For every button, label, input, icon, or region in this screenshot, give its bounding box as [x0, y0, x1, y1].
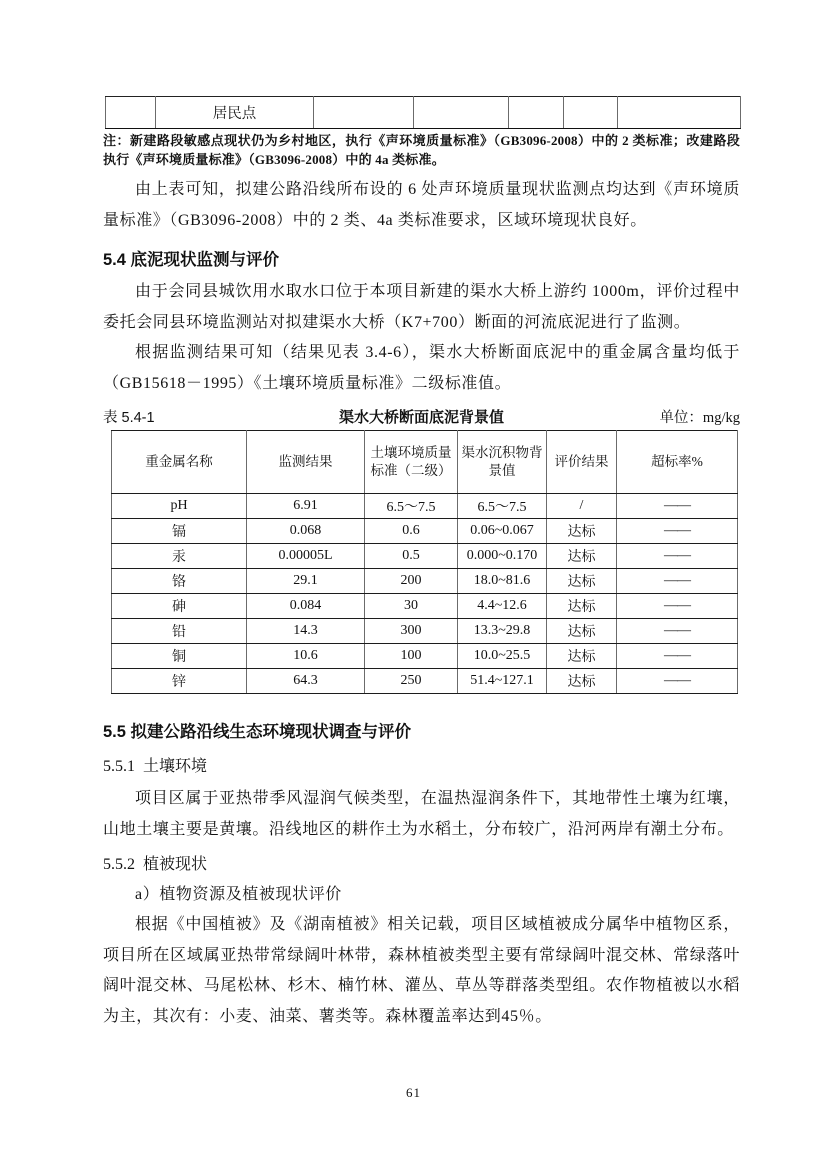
heading-5-5-2: 5.5.2 植被现状: [103, 854, 740, 876]
item-a-vegetation: a）植物资源及植被现状评价: [103, 879, 740, 910]
table-row-chromium: 铬 29.1 200 18.0~81.6 达标 ——: [112, 569, 738, 594]
table-cell: 29.1: [247, 569, 365, 594]
table-row-ph: pH 6.91 6.5～7.5 6.5～7.5 / ——: [112, 494, 738, 519]
paragraph-soil: 项目区属于亚热带季风湿润气候类型，在温热湿润条件下，其地带性土壤为红壤，山地土壤…: [103, 784, 740, 845]
table-cell: 100: [365, 644, 458, 669]
table-cell: 4.4~12.6: [458, 594, 547, 619]
paragraph-5-4-2: 根据监测结果可知（结果见表 3.4-6），渠水大桥断面底泥中的重金属含量均低于（…: [103, 338, 740, 399]
table-cell: [314, 97, 414, 129]
table-cell: 10.0~25.5: [458, 644, 547, 669]
table-cell: ——: [617, 569, 738, 594]
table-cell: 300: [365, 619, 458, 644]
table-row-copper: 铜 10.6 100 10.0~25.5 达标 ——: [112, 644, 738, 669]
table-cell: 6.5～7.5: [365, 494, 458, 519]
table-row-mercury: 汞 0.00005L 0.5 0.000~0.170 达标 ——: [112, 544, 738, 569]
table-cell: ——: [617, 494, 738, 519]
table-cell: 砷: [112, 594, 247, 619]
table-cell: 达标: [547, 644, 617, 669]
carryover-noise-table: 居民点: [105, 96, 741, 129]
column-header-metal-name: 重金属名称: [112, 431, 247, 494]
paragraph-noise-summary: 由上表可知，拟建公路沿线所布设的 6 处声环境质量现状监测点均达到《声环境质量标…: [103, 175, 740, 236]
table-cell: 达标: [547, 544, 617, 569]
table-title: 渠水大桥断面底泥背景值: [253, 406, 590, 427]
table-cell: 0.084: [247, 594, 365, 619]
table-cell: 13.3~29.8: [458, 619, 547, 644]
table-caption: 表 5.4-1 渠水大桥断面底泥背景值 单位：mg/kg: [103, 405, 740, 427]
table-row-lead: 铅 14.3 300 13.3~29.8 达标 ——: [112, 619, 738, 644]
heading-5-5-1: 5.5.1 土壤环境: [103, 756, 740, 778]
document-page: 居民点 注：新建路段敏感点现状仍为乡村地区，执行《声环境质量标准》（GB3096…: [0, 0, 827, 1169]
table-header-row: 重金属名称 监测结果 土壤环境质量标准（二级） 渠水沉积物背景值 评价结果 超标…: [112, 431, 738, 494]
table-cell: 铬: [112, 569, 247, 594]
table-cell: [106, 97, 156, 129]
table-cell: 18.0~81.6: [458, 569, 547, 594]
column-header-exceedance-rate: 超标率%: [617, 431, 738, 494]
table-cell: 0.00005L: [247, 544, 365, 569]
table-cell: [564, 97, 618, 129]
table-cell: 0.068: [247, 519, 365, 544]
table-cell: [414, 97, 509, 129]
table-cell: /: [547, 494, 617, 519]
paragraph-5-4-1: 由于会同县城饮用水取水口位于本项目新建的渠水大桥上游约 1000m，评价过程中委…: [103, 277, 740, 338]
table-cell: 铜: [112, 644, 247, 669]
column-header-monitoring-result: 监测结果: [247, 431, 365, 494]
column-header-soil-standard: 土壤环境质量标准（二级）: [365, 431, 458, 494]
table-cell: [509, 97, 564, 129]
table-cell-residential-point: 居民点: [156, 97, 314, 129]
sediment-background-table: 重金属名称 监测结果 土壤环境质量标准（二级） 渠水沉积物背景值 评价结果 超标…: [111, 430, 738, 694]
table-cell: 达标: [547, 594, 617, 619]
table-cell: [618, 97, 741, 129]
paragraph-vegetation: 根据《中国植被》及《湖南植被》相关记载，项目区域植被成分属华中植物区系，项目所在…: [103, 910, 740, 1032]
table-cell: ——: [617, 644, 738, 669]
column-header-background-value: 渠水沉积物背景值: [458, 431, 547, 494]
table-footnote: 注：新建路段敏感点现状仍为乡村地区，执行《声环境质量标准》（GB3096-200…: [103, 132, 740, 169]
heading-5-5: 5.5 拟建公路沿线生态环境现状调查与评价: [103, 721, 740, 743]
table-cell: 250: [365, 669, 458, 694]
table-cell: 0.5: [365, 544, 458, 569]
table-cell: 0.06~0.067: [458, 519, 547, 544]
table-cell: 达标: [547, 669, 617, 694]
table-cell: 0.000~0.170: [458, 544, 547, 569]
table-cell: 镉: [112, 519, 247, 544]
table-cell: ——: [617, 619, 738, 644]
table-cell: 10.6: [247, 644, 365, 669]
table-cell: 0.6: [365, 519, 458, 544]
table-row-cadmium: 镉 0.068 0.6 0.06~0.067 达标 ——: [112, 519, 738, 544]
table-cell: 200: [365, 569, 458, 594]
table-row-zinc: 锌 64.3 250 51.4~127.1 达标 ——: [112, 669, 738, 694]
table-cell: 30: [365, 594, 458, 619]
table-cell: ——: [617, 519, 738, 544]
table-cell: 6.91: [247, 494, 365, 519]
table-cell: 51.4~127.1: [458, 669, 547, 694]
table-row-arsenic: 砷 0.084 30 4.4~12.6 达标 ——: [112, 594, 738, 619]
page-number: 61: [0, 1085, 827, 1101]
table-cell: 锌: [112, 669, 247, 694]
table-row: 居民点: [106, 97, 741, 129]
column-header-evaluation: 评价结果: [547, 431, 617, 494]
table-label: 表 5.4-1: [103, 406, 253, 427]
table-cell: ——: [617, 594, 738, 619]
table-cell: ——: [617, 669, 738, 694]
table-cell: 达标: [547, 619, 617, 644]
page-content: 居民点 注：新建路段敏感点现状仍为乡村地区，执行《声环境质量标准》（GB3096…: [103, 96, 740, 1032]
table-cell: 达标: [547, 569, 617, 594]
table-cell: 64.3: [247, 669, 365, 694]
table-cell: pH: [112, 494, 247, 519]
table-cell: 14.3: [247, 619, 365, 644]
table-cell: 汞: [112, 544, 247, 569]
table-cell: ——: [617, 544, 738, 569]
table-cell: 6.5～7.5: [458, 494, 547, 519]
table-unit: 单位：mg/kg: [590, 406, 740, 427]
heading-5-4: 5.4 底泥现状监测与评价: [103, 249, 740, 271]
table-cell: 铅: [112, 619, 247, 644]
table-cell: 达标: [547, 519, 617, 544]
